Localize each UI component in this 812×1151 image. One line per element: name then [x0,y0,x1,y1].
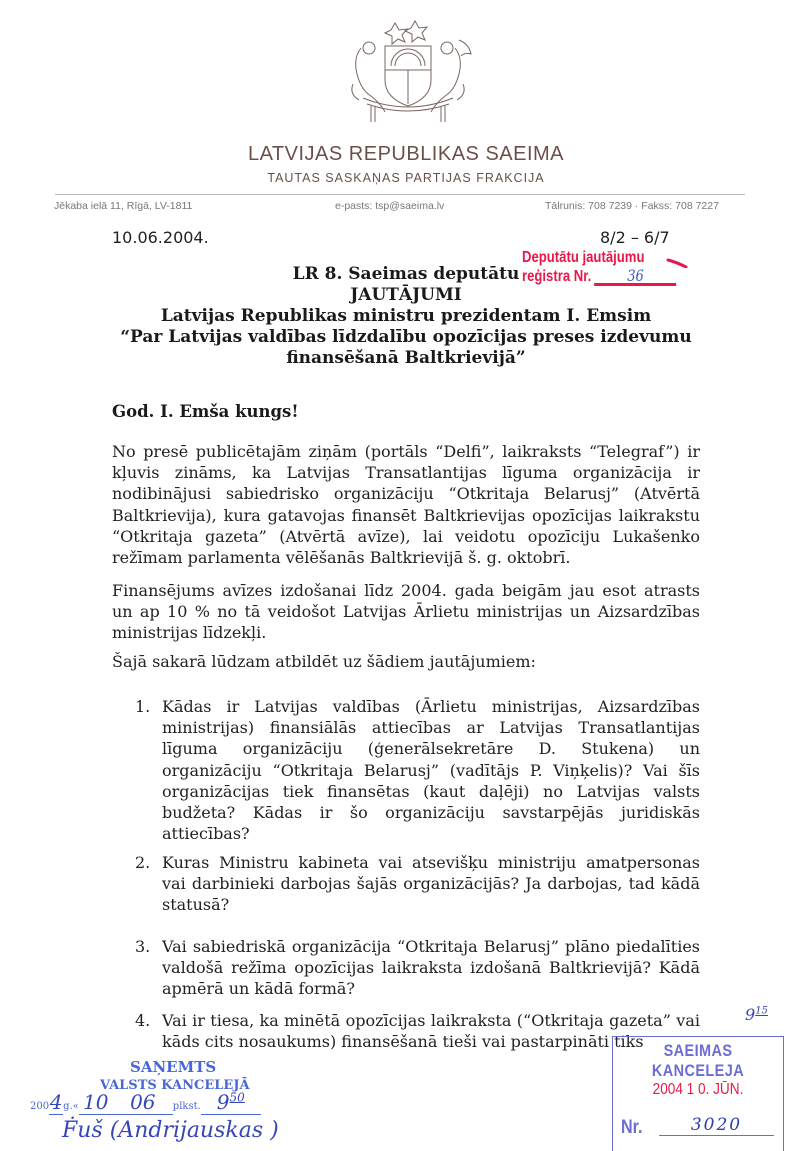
heading-line: “Par Latvijas valdības līdzdalību opozīc… [0,327,812,348]
year-label: g.« [63,1101,79,1112]
paragraph: No presē publicētajām ziņām (portāls “De… [112,441,700,568]
heading-line: finansēšanā Baltkrievijā” [0,348,812,369]
question-text: Kādas ir Latvijas valdības (Ārlietu mini… [162,696,700,844]
document-date: 10.06.2004. [112,228,209,247]
phone-fax: Tālrunis: 708 7239 · Fakss: 708 7227 [545,200,719,212]
year-prefix: 200 [30,1101,49,1112]
note-hour: 9 [745,1005,755,1024]
faction-name: TAUTAS SASKAŅAS PARTIJAS FRAKCIJA [0,171,812,185]
received-stamp-line1: SAŅEMTS [130,1058,216,1076]
time-label: plkst. [173,1101,201,1112]
document-heading: LR 8. Saeimas deputātu JAUTĀJUMI Latvija… [0,264,812,369]
email: e-pasts: tsp@saeima.lv [335,200,444,212]
received-minutes: 50 [230,1090,245,1104]
year-suffix: 4 [49,1090,63,1115]
letterhead-divider [55,194,745,195]
received-hour: 9 [217,1090,230,1114]
question-item: 3. Vai sabiedriskā organizācija “Otkrita… [135,936,700,1000]
question-number: 1. [135,696,162,844]
question-number: 4. [135,1010,162,1052]
question-number: 2. [135,852,162,916]
heading-line: JAUTĀJUMI [0,285,812,306]
handwritten-time-note: 915 [745,1005,768,1024]
chancellery-stamp-title: SAEIMAS KANCELEJA [626,1041,771,1081]
reference-number: 8/2 – 6/7 [600,228,670,247]
chancellery-stamp-date: 2004 1 0. JŪN. [626,1081,771,1099]
question-text: Kuras Ministru kabineta vai atsevišķu mi… [162,852,700,916]
question-text: Vai sabiedriskā organizācija “Otkritaja … [162,936,700,1000]
salutation: God. I. Emša kungs! [112,402,299,421]
question-item: 2. Kuras Ministru kabineta vai atsevišķu… [135,852,700,916]
chancellery-nr-value: 3020 [659,1115,774,1136]
paragraph: Šajā sakarā lūdzam atbildēt uz šādiem ja… [112,651,700,672]
received-day: 10 [79,1090,113,1115]
organization-name: LATVIJAS REPUBLIKAS SAEIMA [0,143,812,166]
chancellery-stamp: SAEIMAS KANCELEJA 2004 1 0. JŪN. Nr. 302… [612,1036,784,1151]
question-number: 3. [135,936,162,1000]
chancellery-nr-label: Nr. [621,1117,643,1139]
heading-line: LR 8. Saeimas deputātu [0,264,812,285]
received-month: 06 [113,1090,173,1115]
paragraph: Finansējums avīzes izdošanai līdz 2004. … [112,580,700,644]
handwritten-signature: Ḟuš (Andrijauskas ) [62,1118,279,1143]
received-date-line: 2004g.«1006plkst.950 [30,1090,261,1115]
address: Jēkaba ielā 11, Rīgā, LV-1811 [54,200,192,212]
question-item: 1. Kādas ir Latvijas valdības (Ārlietu m… [135,696,700,844]
heading-line: Latvijas Republikas ministru prezidentam… [0,306,812,327]
coat-of-arms-icon [333,18,483,130]
note-minutes: 15 [755,1006,768,1017]
